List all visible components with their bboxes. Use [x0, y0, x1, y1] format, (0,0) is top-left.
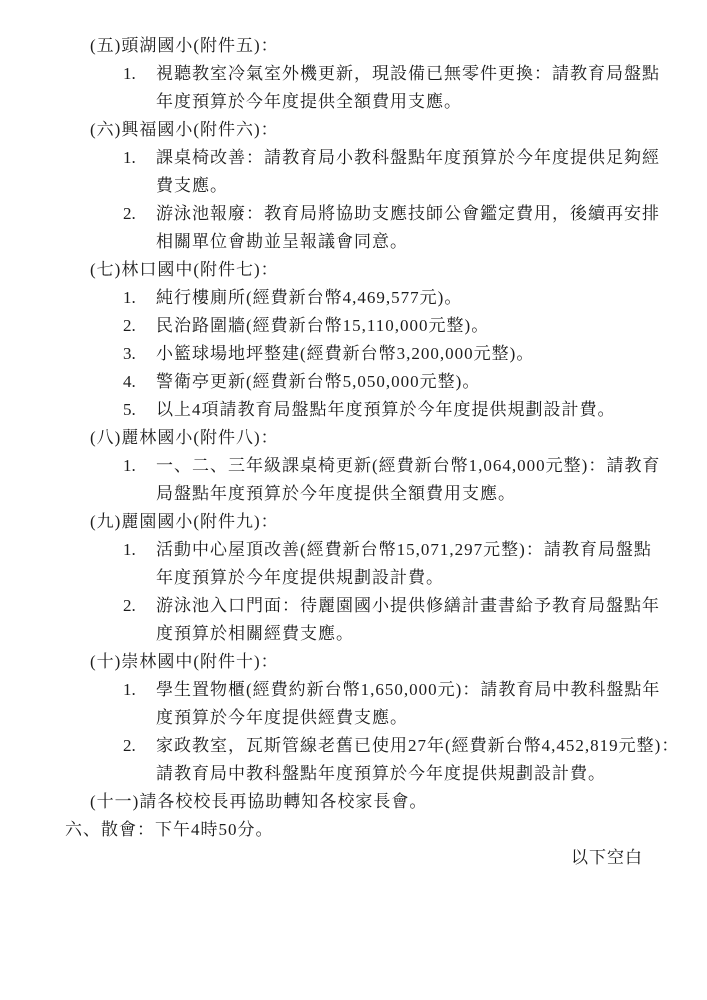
text-line: 以上4項請教育局盤點年度預算於今年度提供規劃設計費。	[156, 396, 707, 424]
section-heading: (八)麗林國小(附件八)：	[90, 424, 707, 452]
section-heading: (六)興福國小(附件六)：	[90, 116, 707, 144]
text-line: 警衛亭更新(經費新台幣5,050,000元整)。	[156, 368, 707, 396]
text-line: 小籃球場地坪整建(經費新台幣3,200,000元整)。	[156, 340, 707, 368]
text-line: 純行樓廁所(經費新台幣4,469,577元)。	[156, 284, 707, 312]
adjournment-line: 六、散會：下午4時50分。	[65, 816, 707, 844]
text-line: 民治路圍牆(經費新台幣15,110,000元整)。	[156, 312, 707, 340]
text-line: 年度預算於今年度提供全額費用支應。	[156, 88, 707, 116]
section-heading: (十一)請各校校長再協助轉知各校家長會。	[90, 788, 707, 816]
item-text: 活動中心屋頂改善(經費新台幣15,071,297元整)：請教育局盤點 年度預算於…	[156, 536, 707, 592]
section-8: (八)麗林國小(附件八)： 1. 一、二、三年級課桌椅更新(經費新台幣1,064…	[0, 424, 707, 508]
text-line: 請教育局中教科盤點年度預算於今年度提供規劃設計費。	[156, 760, 707, 788]
item-number: 2.	[123, 200, 156, 256]
item-text: 以上4項請教育局盤點年度預算於今年度提供規劃設計費。	[156, 396, 707, 424]
meeting-minutes-page: (五)頭湖國小(附件五)： 1. 視聽教室冷氣室外機更新，現設備已無零件更換：請…	[0, 0, 707, 1000]
text-line: 度預算於今年度提供經費支應。	[156, 704, 707, 732]
text-line: 課桌椅改善：請教育局小教科盤點年度預算於今年度提供足夠經	[156, 144, 707, 172]
list-item: 2. 民治路圍牆(經費新台幣15,110,000元整)。	[123, 312, 707, 340]
list-item: 2. 游泳池入口門面：待麗園國小提供修繕計畫書給予教育局盤點年 度預算於相關經費…	[123, 592, 707, 648]
text-line: 相關單位會勘並呈報議會同意。	[156, 228, 707, 256]
text-line: 局盤點年度預算於今年度提供全額費用支應。	[156, 480, 707, 508]
item-number: 1.	[123, 144, 156, 200]
section-heading: (五)頭湖國小(附件五)：	[90, 32, 707, 60]
text-line: 費支應。	[156, 172, 707, 200]
item-text: 一、二、三年級課桌椅更新(經費新台幣1,064,000元整)：請教育 局盤點年度…	[156, 452, 707, 508]
text-line: 游泳池入口門面：待麗園國小提供修繕計畫書給予教育局盤點年	[156, 592, 707, 620]
section-11: (十一)請各校校長再協助轉知各校家長會。	[0, 788, 707, 816]
item-number: 5.	[123, 396, 156, 424]
list-item: 2. 游泳池報廢：教育局將協助支應技師公會鑑定費用，後續再安排 相關單位會勘並呈…	[123, 200, 707, 256]
item-text: 學生置物櫃(經費約新台幣1,650,000元)：請教育局中教科盤點年 度預算於今…	[156, 676, 707, 732]
section-7: (七)林口國中(附件七)： 1. 純行樓廁所(經費新台幣4,469,577元)。…	[0, 256, 707, 424]
section-heading: (十)崇林國中(附件十)：	[90, 648, 707, 676]
item-text: 小籃球場地坪整建(經費新台幣3,200,000元整)。	[156, 340, 707, 368]
list-item: 2. 家政教室，瓦斯管線老舊已使用27年(經費新台幣4,452,819元整)： …	[123, 732, 707, 788]
item-text: 視聽教室冷氣室外機更新，現設備已無零件更換：請教育局盤點 年度預算於今年度提供全…	[156, 60, 707, 116]
item-text: 課桌椅改善：請教育局小教科盤點年度預算於今年度提供足夠經 費支應。	[156, 144, 707, 200]
text-line: 視聽教室冷氣室外機更新，現設備已無零件更換：請教育局盤點	[156, 60, 707, 88]
item-number: 2.	[123, 732, 156, 788]
text-line: 年度預算於今年度提供規劃設計費。	[156, 564, 707, 592]
text-line: 學生置物櫃(經費約新台幣1,650,000元)：請教育局中教科盤點年	[156, 676, 707, 704]
item-number: 1.	[123, 536, 156, 592]
item-number: 3.	[123, 340, 156, 368]
text-line: 游泳池報廢：教育局將協助支應技師公會鑑定費用，後續再安排	[156, 200, 707, 228]
section-10: (十)崇林國中(附件十)： 1. 學生置物櫃(經費約新台幣1,650,000元)…	[0, 648, 707, 788]
text-line: 度預算於相關經費支應。	[156, 620, 707, 648]
list-item: 1. 活動中心屋頂改善(經費新台幣15,071,297元整)：請教育局盤點 年度…	[123, 536, 707, 592]
item-number: 1.	[123, 284, 156, 312]
list-item: 4. 警衛亭更新(經費新台幣5,050,000元整)。	[123, 368, 707, 396]
below-blank-note: 以下空白	[571, 844, 707, 872]
list-item: 1. 一、二、三年級課桌椅更新(經費新台幣1,064,000元整)：請教育 局盤…	[123, 452, 707, 508]
section-5: (五)頭湖國小(附件五)： 1. 視聽教室冷氣室外機更新，現設備已無零件更換：請…	[0, 32, 707, 116]
section-heading: (七)林口國中(附件七)：	[90, 256, 707, 284]
text-line: 家政教室，瓦斯管線老舊已使用27年(經費新台幣4,452,819元整)：	[156, 732, 707, 760]
item-text: 警衛亭更新(經費新台幣5,050,000元整)。	[156, 368, 707, 396]
list-item: 5. 以上4項請教育局盤點年度預算於今年度提供規劃設計費。	[123, 396, 707, 424]
item-number: 4.	[123, 368, 156, 396]
item-text: 游泳池入口門面：待麗園國小提供修繕計畫書給予教育局盤點年 度預算於相關經費支應。	[156, 592, 707, 648]
item-number: 2.	[123, 592, 156, 648]
item-text: 游泳池報廢：教育局將協助支應技師公會鑑定費用，後續再安排 相關單位會勘並呈報議會…	[156, 200, 707, 256]
list-item: 1. 純行樓廁所(經費新台幣4,469,577元)。	[123, 284, 707, 312]
item-text: 民治路圍牆(經費新台幣15,110,000元整)。	[156, 312, 707, 340]
section-heading: (九)麗園國小(附件九)：	[90, 508, 707, 536]
item-number: 2.	[123, 312, 156, 340]
list-item: 1. 課桌椅改善：請教育局小教科盤點年度預算於今年度提供足夠經 費支應。	[123, 144, 707, 200]
section-9: (九)麗園國小(附件九)： 1. 活動中心屋頂改善(經費新台幣15,071,29…	[0, 508, 707, 648]
list-item: 1. 學生置物櫃(經費約新台幣1,650,000元)：請教育局中教科盤點年 度預…	[123, 676, 707, 732]
section-6: (六)興福國小(附件六)： 1. 課桌椅改善：請教育局小教科盤點年度預算於今年度…	[0, 116, 707, 256]
item-number: 1.	[123, 60, 156, 116]
item-number: 1.	[123, 452, 156, 508]
item-number: 1.	[123, 676, 156, 732]
text-line: 一、二、三年級課桌椅更新(經費新台幣1,064,000元整)：請教育	[156, 452, 707, 480]
item-text: 純行樓廁所(經費新台幣4,469,577元)。	[156, 284, 707, 312]
list-item: 1. 視聽教室冷氣室外機更新，現設備已無零件更換：請教育局盤點 年度預算於今年度…	[123, 60, 707, 116]
text-line: 活動中心屋頂改善(經費新台幣15,071,297元整)：請教育局盤點	[156, 536, 707, 564]
item-text: 家政教室，瓦斯管線老舊已使用27年(經費新台幣4,452,819元整)： 請教育…	[156, 732, 707, 788]
list-item: 3. 小籃球場地坪整建(經費新台幣3,200,000元整)。	[123, 340, 707, 368]
